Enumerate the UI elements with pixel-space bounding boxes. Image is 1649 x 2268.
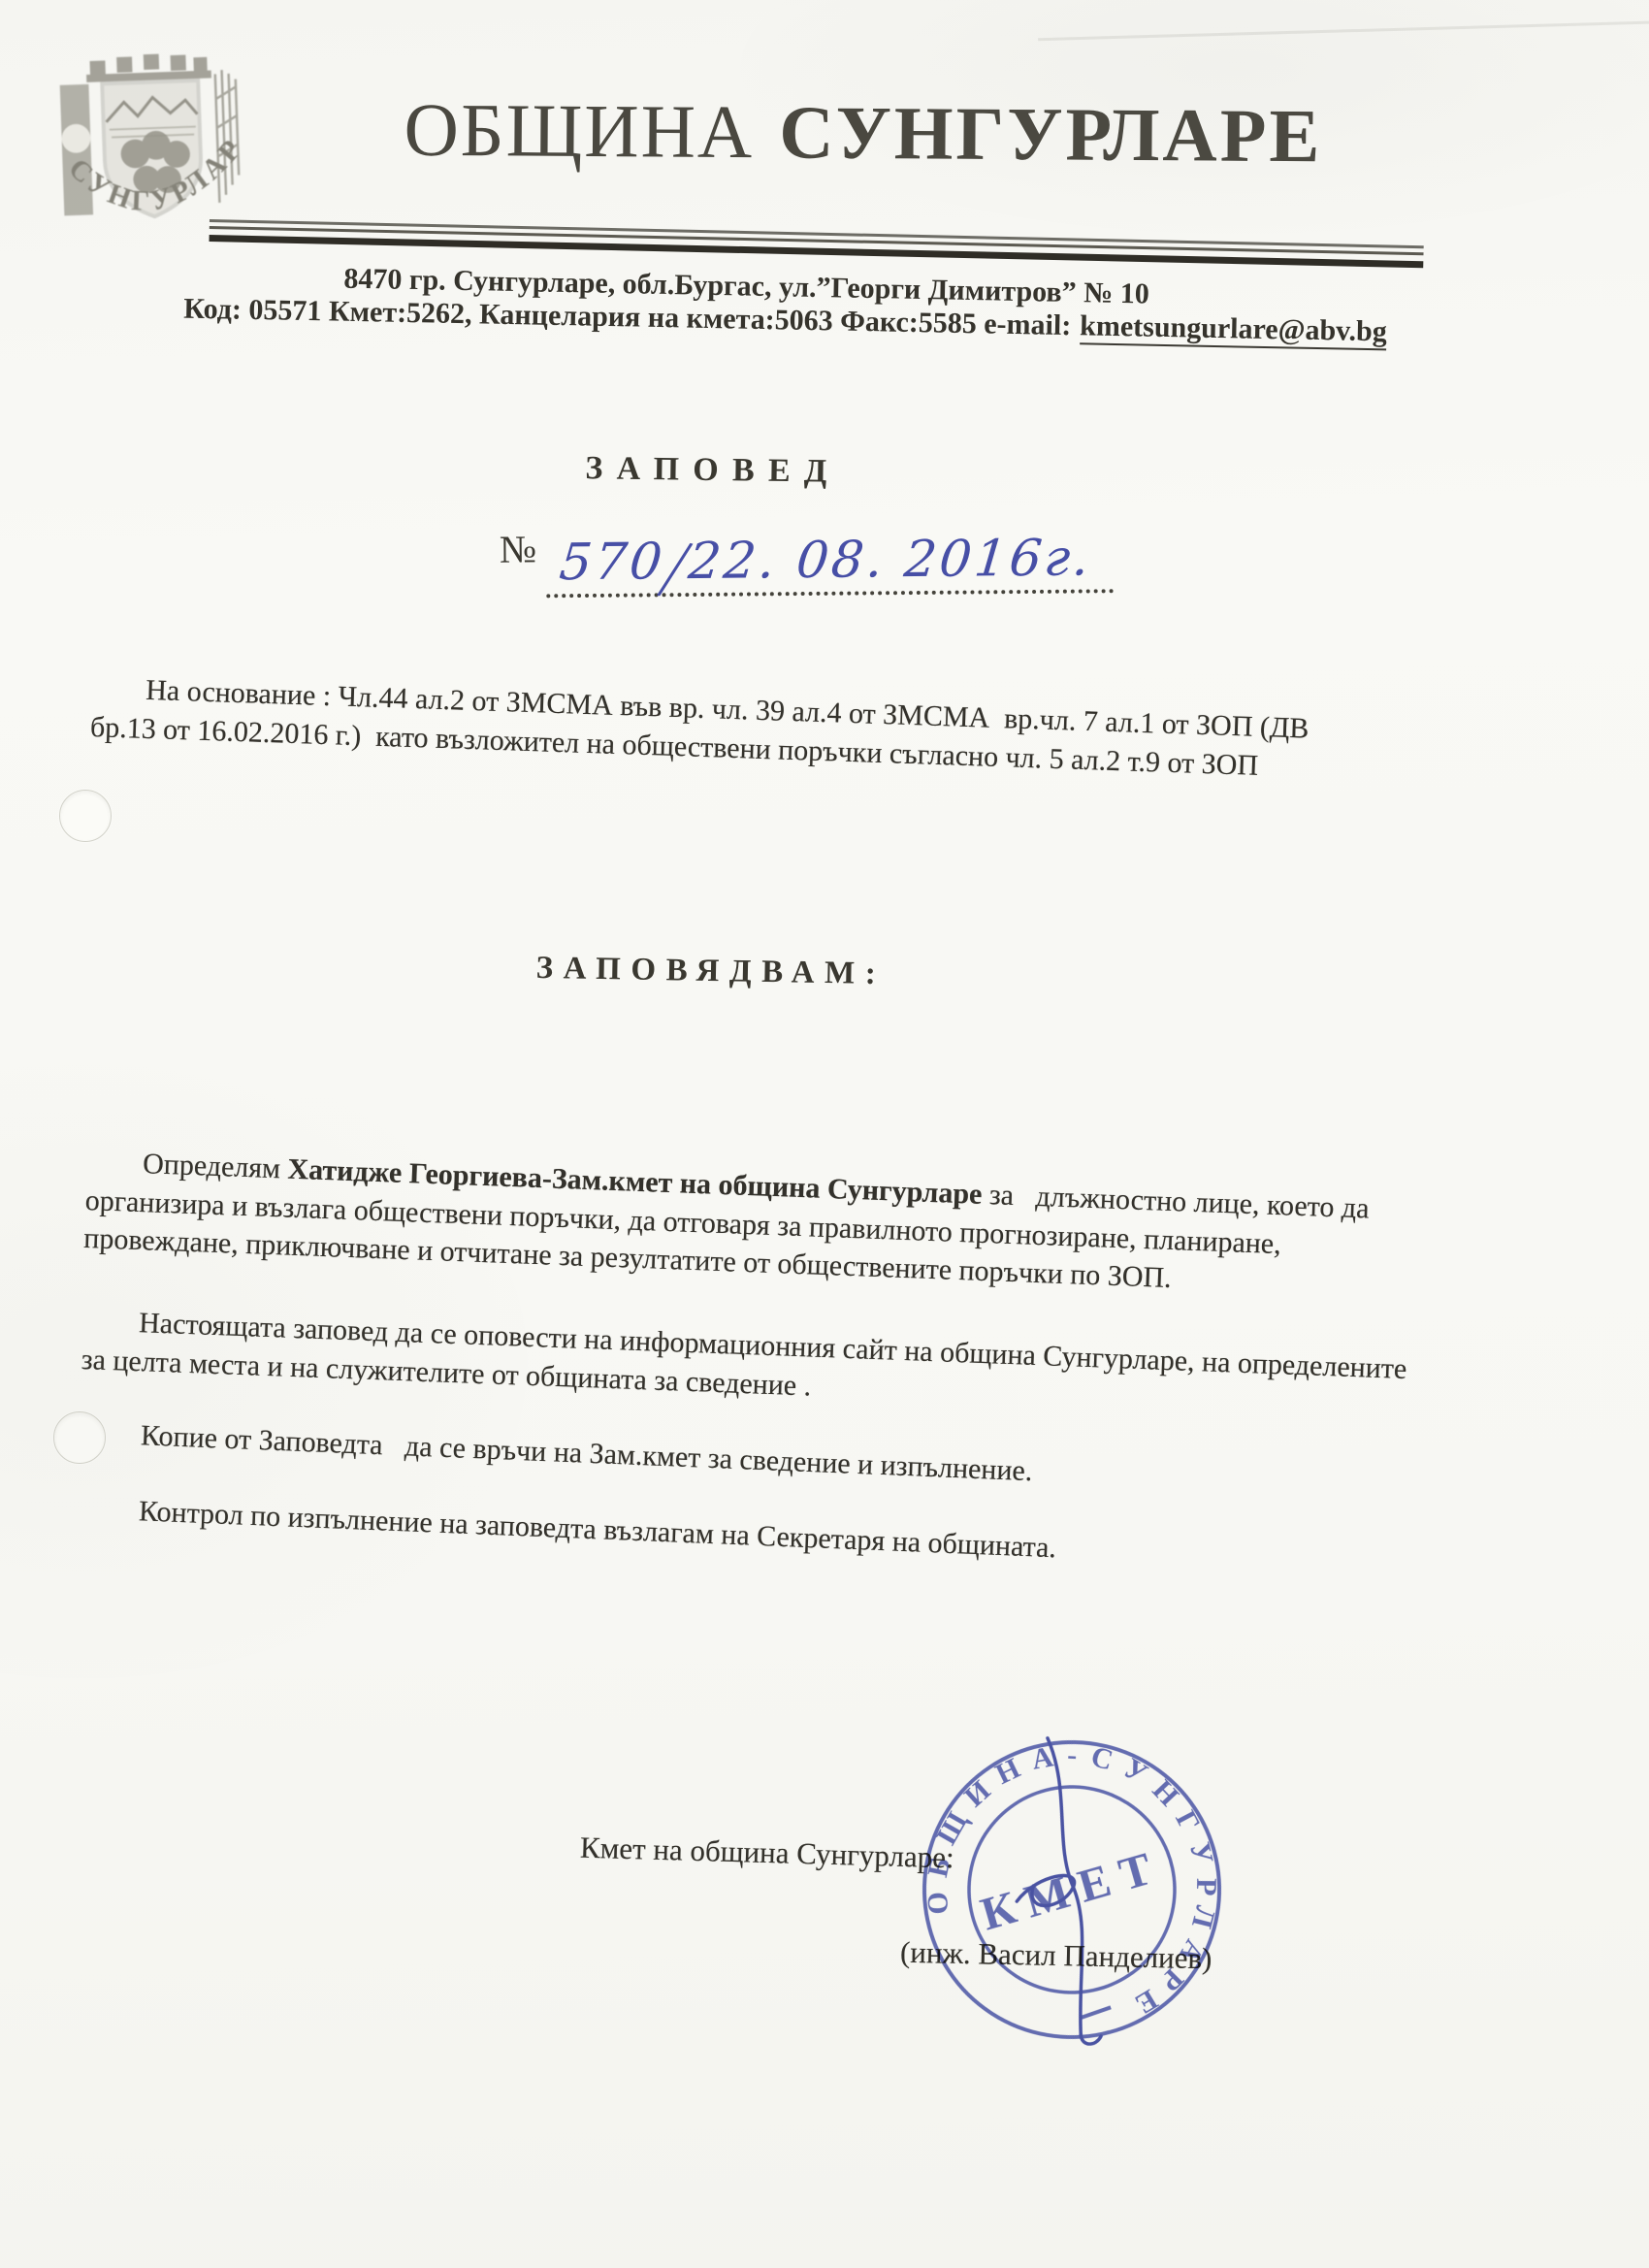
scan-streak [1038, 20, 1649, 41]
order-number-line: №570/22. 08. 2016г. [500, 521, 1114, 599]
handwritten-date: 22. 08. 2016г. [686, 529, 1094, 591]
page-title: ОБЩИНАСУНГУРЛАРЕ [291, 85, 1437, 180]
scanned-order-document: СУНГУРЛАРЕ ОБЩИНАСУНГУРЛАРЕ 8470 гр. Сун… [0, 0, 1649, 2268]
punch-hole [59, 790, 112, 842]
org-name-word1: ОБЩИНА [404, 87, 754, 175]
copy-delivery-paragraph: Копие от Заповедта да се връчи на Зам.км… [83, 1414, 1414, 1507]
appointment-paragraph: Определям Хатидже Георгиева-Зам.кмет на … [83, 1143, 1417, 1307]
basis-paragraph: На основание : Чл.44 ал.2 от ЗМСМА във в… [89, 669, 1381, 789]
header-divider [209, 219, 1423, 268]
command-heading: ЗАПОВЯДВАМ: [420, 949, 1003, 994]
dotted-fill-line: 570/22. 08. 2016г. [546, 522, 1114, 598]
number-sign: № [500, 527, 537, 570]
order-heading: ЗАПОВЕД [427, 448, 999, 493]
round-official-stamp: ОБЩИНА-СУНГУРЛАРЕ КМЕТ [876, 1694, 1267, 2085]
publication-paragraph: Настоящата заповед да се оповести на инф… [81, 1302, 1413, 1427]
punch-hole [53, 1411, 106, 1464]
control-paragraph: Контрол по изпълнение на заповедта възла… [81, 1490, 1412, 1582]
handwritten-number: 570 [557, 533, 667, 592]
org-name-word2: СУНГУРЛАРЕ [779, 89, 1323, 178]
email-text: kmetsungurlare@abv.bg [1080, 309, 1387, 350]
